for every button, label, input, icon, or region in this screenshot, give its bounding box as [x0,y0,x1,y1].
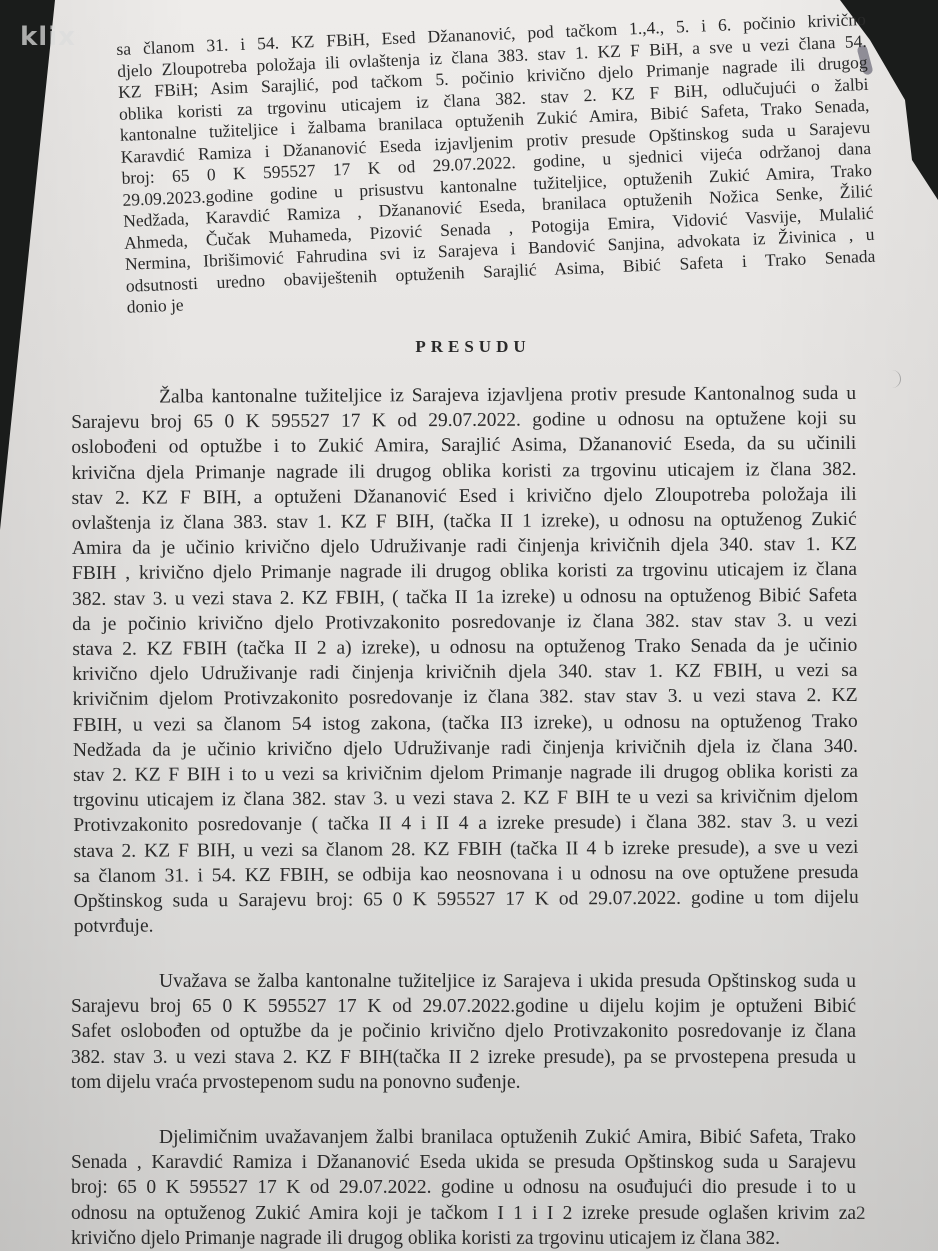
text-line: potvrđuje. [74,910,859,939]
text-line: Žalba kantonalne tužiteljice iz Sarajeva… [71,380,856,409]
text-line: broj: 65 0 K 595527 17 K od 29.07.2022. … [71,1175,856,1200]
text-line: Safet oslobođen od optužbe da je počinio… [71,1019,856,1044]
text-line: oslobođeni od optužbe i to Zukić Amira, … [71,431,856,460]
text-line: odnosu na optuženog Zukić Amira koji je … [71,1201,856,1226]
text-line: FBIH, u vezi sa članom 54 istog zakona, … [73,708,858,737]
text-line: krivično djelo Primanje nagrade ili drug… [71,1226,856,1251]
text-line: tom dijelu vraća prvostepenom sudu na po… [71,1070,856,1095]
text-line: stava 2. KZ FBIH (tačka II 2 a) izreke),… [72,632,857,661]
text-line: Opštinskog suda u Sarajevu broj: 65 0 K … [74,884,859,913]
text-line: stava 2. KZ F BIH, u vezi sa članom 28. … [73,834,858,863]
page-number: 2 [856,1203,866,1225]
text-line: stav 2. KZ F BIH, a optuženi Džananović … [72,481,857,510]
text-line: da je počinio krivično djelo Protivzakon… [72,607,857,636]
paragraph-appeal-rejected: Žalba kantonalne tužiteljice iz Sarajeva… [71,380,859,939]
text-line: 382. stav 3. u vezi stava 2. KZ F BIH(ta… [71,1045,856,1070]
text-line: krivičnim djelom Protivzakonito posredov… [73,683,858,712]
text-line: Uvažava se žalba kantonalne tužiteljice … [71,969,856,994]
text-line: Nedžada da je učinio krivično djelo Udru… [73,733,858,762]
text-line: trgovinu uticajem iz člana 382. stav 3. … [73,784,858,813]
text-line: Sarajevu broj 65 0 K 595527 17 K od 29.0… [71,994,856,1019]
court-judgment-page: sa članom 31. i 54. KZ FBiH, Esed Džanan… [58,14,858,1251]
text-line: krivična djela Primanje nagrade ili drug… [71,456,856,485]
text-line: Protivzakonito posredovanje ( tačka II 4… [73,809,858,838]
text-line: Senada , Karavdić Ramiza i Džananović Es… [71,1150,856,1175]
intro-block: sa članom 31. i 54. KZ FBiH, Esed Džanan… [116,9,877,318]
text-line: sa članom 31. i 54. KZ FBIH, se odbija k… [74,859,859,888]
text-line: 382. stav 3. u vezi stava 2. KZ FBIH, ( … [72,582,857,611]
paragraph-partial-appeal: Djelimičnim uvažavanjem žalbi branilaca … [71,1125,856,1251]
text-line: Djelimičnim uvažavanjem žalbi branilaca … [71,1125,856,1150]
text-line: Sarajevu broj 65 0 K 595527 17 K od 29.0… [71,406,856,435]
text-line: krivično djelo Udruživanje radi činjenja… [72,658,857,687]
margin-mark [890,370,901,388]
text-line: FBIH , krivično djelo Primanje nagrade i… [72,557,857,586]
text-line: ovlaštenja iz člana 383. stav 1. KZ F BI… [72,506,857,535]
text-line: stav 2. KZ F BIH i to u vezi sa krivični… [73,758,858,787]
judgment-heading: PRESUDU [58,337,858,357]
document-photo: klix sa članom 31. i 54. KZ FBiH, Esed D… [0,0,938,1251]
paragraph-appeal-granted: Uvažava se žalba kantonalne tužiteljice … [71,969,856,1095]
text-line: Amira da je učinio krivično djelo Udruži… [72,532,857,561]
